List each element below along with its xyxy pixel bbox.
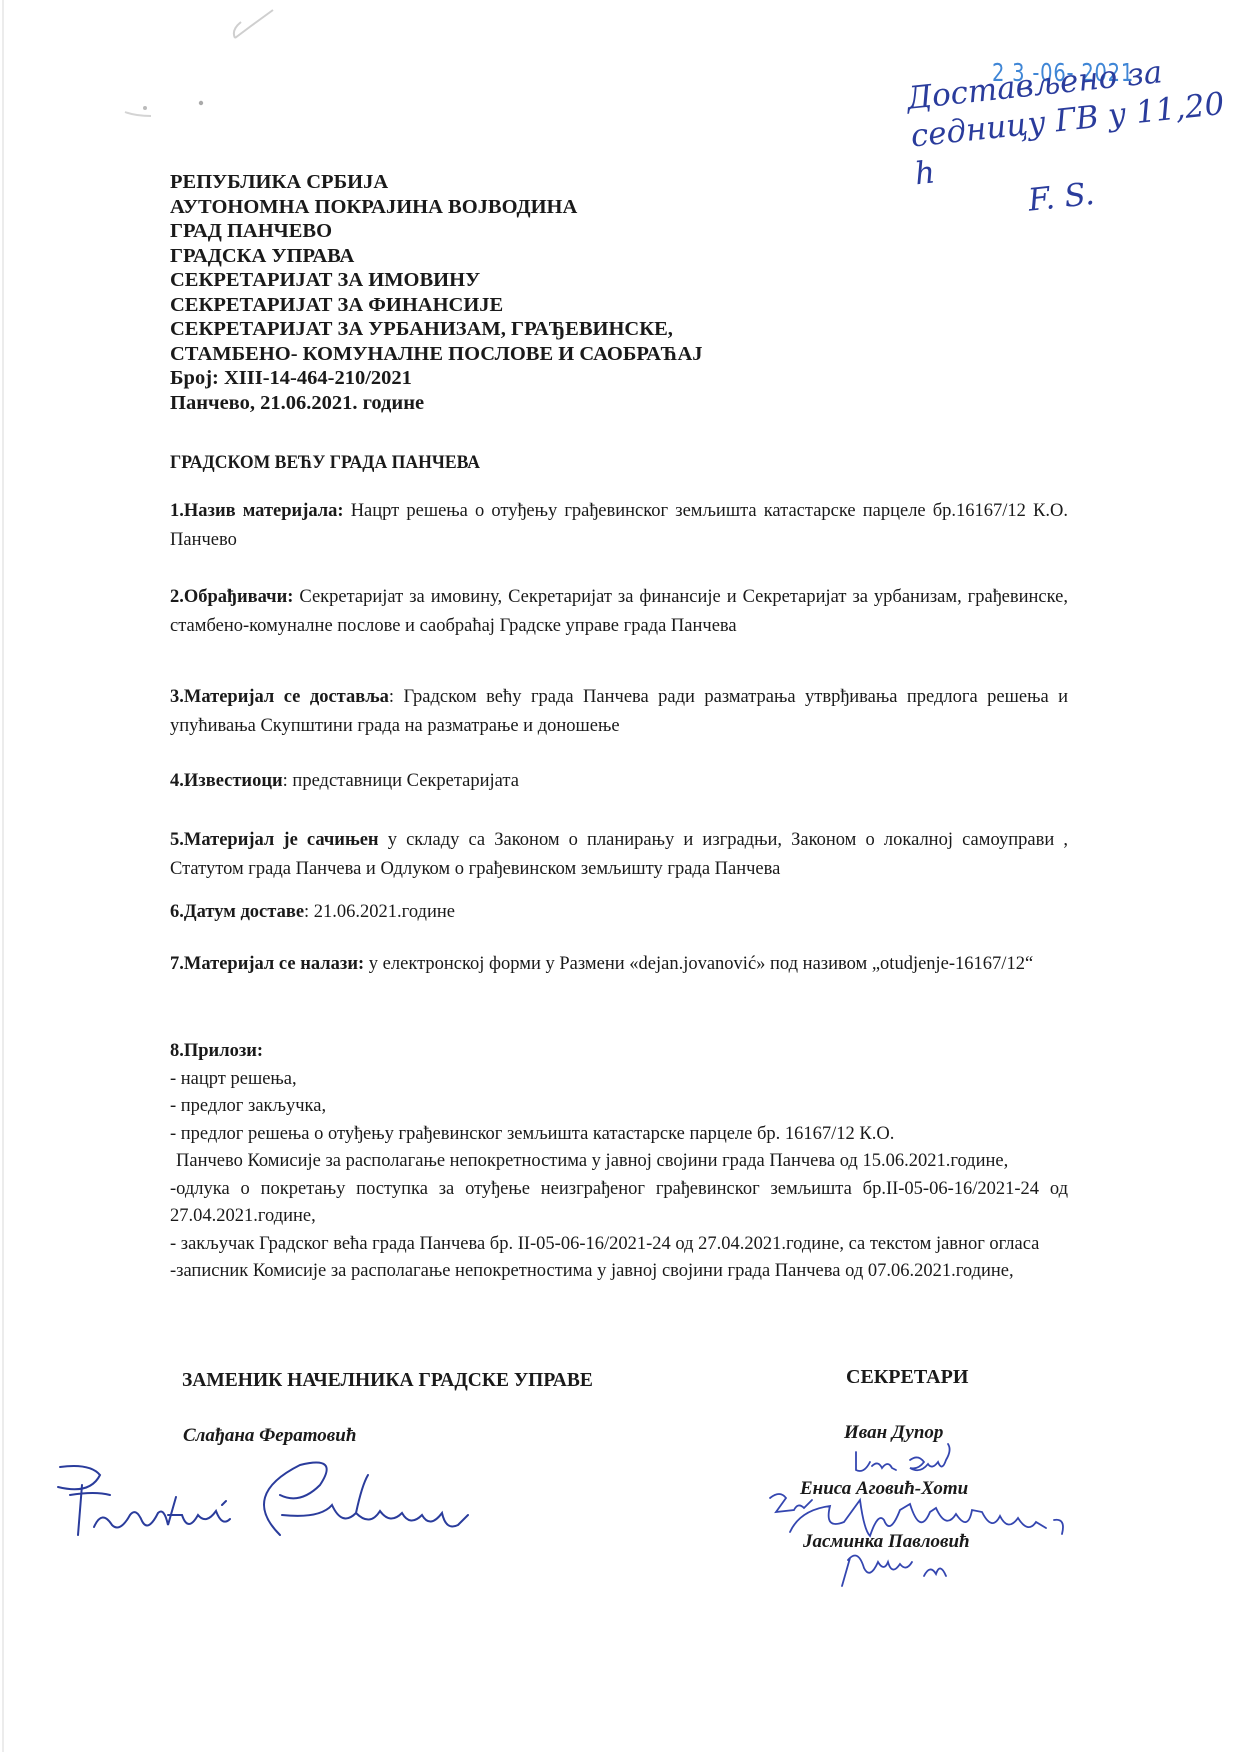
header-line: ГРАДСКА УПРАВА bbox=[170, 244, 703, 269]
item-label: 5.Материјал је сачињен bbox=[170, 830, 379, 850]
attachment-entry: -записник Комисије за располагање непокр… bbox=[170, 1258, 1068, 1286]
deputy-head-name: Слађана Фератовић bbox=[183, 1425, 356, 1447]
item-text: у електронској форми у Размени «dejan.jo… bbox=[364, 954, 1033, 974]
header-line: СЕКРЕТАРИЈАТ ЗА ФИНАНСИЈЕ bbox=[170, 293, 703, 318]
attachments-label: 8.Прилози: bbox=[170, 1038, 1068, 1066]
addressee: ГРАДСКОМ ВЕЋУ ГРАДА ПАНЧЕВА bbox=[170, 452, 480, 474]
document-page: 2 3 -06- 2021 Достављено за седницу ГВ у… bbox=[0, 0, 1240, 1752]
attachment-entry: - нацрт решења, bbox=[170, 1066, 1068, 1094]
header-line: СТАМБЕНО- КОМУНАЛНЕ ПОСЛОВЕ И САОБРАЋАЈ bbox=[170, 342, 703, 367]
document-date: Панчево, 21.06.2021. године bbox=[170, 391, 703, 416]
header-line: ГРАД ПАНЧЕВО bbox=[170, 219, 703, 244]
item-delivery-date: 6.Датум доставе: 21.06.2021.године bbox=[170, 898, 1068, 927]
item-material-name: 1.Назив материјала: Нацрт решења о отуђе… bbox=[170, 497, 1068, 555]
item-delivered-to: 3.Материјал се доставља: Градском већу г… bbox=[170, 683, 1068, 741]
document-number: Број: XIII-14-464-210/2021 bbox=[170, 366, 703, 391]
item-text: Секретаријат за имовину, Секретаријат за… bbox=[170, 587, 1068, 636]
scan-artifact-icon bbox=[55, 0, 285, 130]
deputy-head-title: ЗАМЕНИК НАЧЕЛНИКА ГРАДСКЕ УПРАВЕ bbox=[182, 1370, 593, 1392]
item-label: 7.Материјал се налази: bbox=[170, 954, 364, 974]
item-text: : представници Секретаријата bbox=[283, 771, 519, 791]
header-line: РЕПУБЛИКА СРБИЈА bbox=[170, 170, 703, 195]
item-label: 2.Обрађивачи: bbox=[170, 587, 293, 607]
scan-edge bbox=[2, 0, 4, 1752]
item-label: 1.Назив материјала: bbox=[170, 501, 344, 521]
item-label: 6.Датум доставе bbox=[170, 902, 304, 922]
handwritten-note: Достављено за седницу ГВ у 11,20 h F. S. bbox=[905, 47, 1239, 232]
secretaries-title: СЕКРЕТАРИ bbox=[846, 1366, 968, 1389]
attachment-entry: - предлог закључка, bbox=[170, 1093, 1068, 1121]
attachment-entry: -одлука о покретању поступка за отуђење … bbox=[170, 1176, 1068, 1231]
signature-scribble-icon bbox=[760, 1440, 1080, 1590]
attachments-list: 8.Прилози: - нацрт решења, - предлог зак… bbox=[170, 1038, 1068, 1286]
item-preparers: 2.Обрађивачи: Секретаријат за имовину, С… bbox=[170, 583, 1068, 641]
item-label: 4.Известиоци bbox=[170, 771, 283, 791]
attachment-entry: - предлог решења о отуђењу грађевинског … bbox=[170, 1121, 1068, 1149]
attachment-entry: Панчево Комисије за располагање непокрет… bbox=[170, 1148, 1068, 1176]
item-text: : 21.06.2021.године bbox=[304, 902, 455, 922]
attachment-entry: - закључак Градског већа града Панчева б… bbox=[170, 1231, 1068, 1259]
header-line: СЕКРЕТАРИЈАТ ЗА УРБАНИЗАМ, ГРАЂЕВИНСКЕ, bbox=[170, 317, 703, 342]
issuer-header: РЕПУБЛИКА СРБИЈА АУТОНОМНА ПОКРАЈИНА ВОЈ… bbox=[170, 170, 703, 415]
header-line: АУТОНОМНА ПОКРАЈИНА ВОЈВОДИНА bbox=[170, 195, 703, 220]
item-legal-basis: 5.Материјал је сачињен у складу са Закон… bbox=[170, 826, 1068, 884]
signature-scribble-icon bbox=[50, 1455, 470, 1555]
item-reporters: 4.Известиоци: представници Секретаријата bbox=[170, 767, 1068, 796]
item-material-location: 7.Материјал се налази: у електронској фо… bbox=[170, 950, 1068, 979]
item-label: 3.Материјал се доставља bbox=[170, 687, 389, 707]
header-line: СЕКРЕТАРИЈАТ ЗА ИМОВИНУ bbox=[170, 268, 703, 293]
